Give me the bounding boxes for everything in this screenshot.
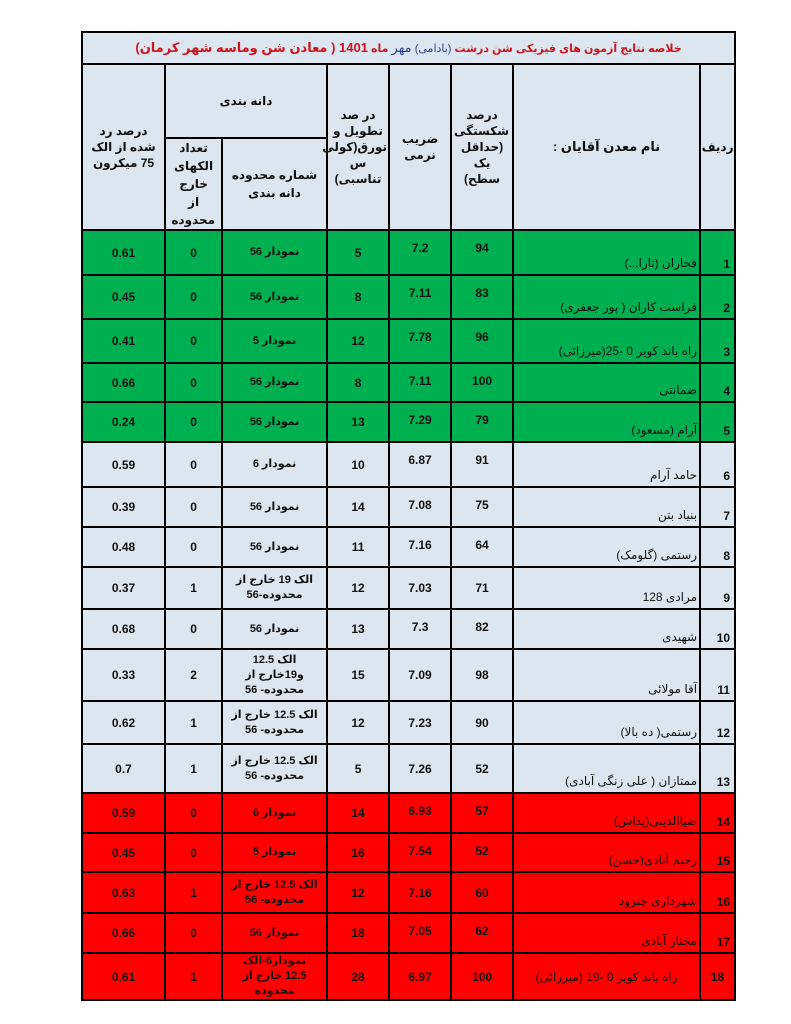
table-row: 17مختار آبادی627.0518نمودار 5600.66 bbox=[82, 913, 735, 953]
grading-range: نمودار6-الک 12.5 خارج از محدوده bbox=[222, 953, 327, 1000]
table-row: 3راه باند کویر 0 -25(میرزائی)967.7812نمو… bbox=[82, 319, 735, 363]
table-row: 9مرادی 128717.0312الک 19 خارج از محدوده-… bbox=[82, 567, 735, 609]
fracture-pct: 82 bbox=[451, 609, 513, 649]
header-row-no: ردیف bbox=[700, 64, 735, 230]
sieves-out-count: 1 bbox=[165, 953, 222, 1000]
grading-range: الک 12.5 و19خارج از محدوده- 56 bbox=[222, 649, 327, 701]
elongation-pct: 13 bbox=[327, 609, 389, 649]
fracture-pct: 52 bbox=[451, 744, 513, 793]
fracture-pct: 75 bbox=[451, 487, 513, 527]
softness: 7.16 bbox=[389, 872, 451, 913]
mine-name: مختار آبادی bbox=[513, 913, 700, 953]
results-sheet: خلاصه نتایج آزمون های فیزیکی شن درشت (با… bbox=[81, 31, 734, 1001]
reject-75-pct: 0.7 bbox=[82, 744, 165, 793]
grading-range: الک 12.5 خارج از محدوده- 56 bbox=[222, 701, 327, 744]
table-row: 5آرام (مسعود)797.2913نمودار 5600.24 bbox=[82, 402, 735, 442]
sieves-out-count: 0 bbox=[165, 793, 222, 833]
row-number: 5 bbox=[700, 402, 735, 442]
grading-range: نمودار 5 bbox=[222, 319, 327, 363]
grading-range: نمودار 56 bbox=[222, 609, 327, 649]
softness: 7.26 bbox=[389, 744, 451, 793]
sieves-out-count: 0 bbox=[165, 442, 222, 487]
header-elongation-flakiness: در صد تطویل و تورق(کولی س تناسبی) bbox=[327, 64, 389, 230]
sieves-out-count: 0 bbox=[165, 363, 222, 402]
row-number: 4 bbox=[700, 363, 735, 402]
sieves-out-count: 1 bbox=[165, 567, 222, 609]
sieves-out-count: 0 bbox=[165, 609, 222, 649]
header-grading-range: شماره محدوده دانه بندی bbox=[222, 138, 327, 230]
row-number: 7 bbox=[700, 487, 735, 527]
results-table: خلاصه نتایج آزمون های فیزیکی شن درشت (با… bbox=[81, 31, 736, 1001]
mine-name: رحیم آبادی(حسن) bbox=[513, 833, 700, 872]
grading-range: نمودار 56 bbox=[222, 487, 327, 527]
softness: 6.97 bbox=[389, 953, 451, 1000]
sieves-out-count: 0 bbox=[165, 230, 222, 275]
grading-range: نمودار 56 bbox=[222, 275, 327, 319]
grading-range: نمودار 6 bbox=[222, 793, 327, 833]
mine-name: رستمی( ده بالا) bbox=[513, 701, 700, 744]
softness: 7.08 bbox=[389, 487, 451, 527]
reject-75-pct: 0.63 bbox=[82, 872, 165, 913]
fracture-pct: 64 bbox=[451, 527, 513, 567]
sieves-out-count: 0 bbox=[165, 833, 222, 872]
row-number: 12 bbox=[700, 701, 735, 744]
reject-75-pct: 0.41 bbox=[82, 319, 165, 363]
reject-75-pct: 0.45 bbox=[82, 275, 165, 319]
mine-name: راه باند کویر 0 -25(میرزائی) bbox=[513, 319, 700, 363]
sieves-out-count: 2 bbox=[165, 649, 222, 701]
grading-range: نمودار 6 bbox=[222, 442, 327, 487]
table-row: 16شهرداری چترود607.1612الک 12.5 خارج از … bbox=[82, 872, 735, 913]
fracture-pct: 100 bbox=[451, 953, 513, 1000]
sieves-out-count: 0 bbox=[165, 402, 222, 442]
elongation-pct: 12 bbox=[327, 319, 389, 363]
reject-75-pct: 0.37 bbox=[82, 567, 165, 609]
softness: 7.11 bbox=[389, 275, 451, 319]
elongation-pct: 5 bbox=[327, 744, 389, 793]
mine-name: فخاران (ثارا...) bbox=[513, 230, 700, 275]
softness: 7.11 bbox=[389, 363, 451, 402]
elongation-pct: 13 bbox=[327, 402, 389, 442]
fracture-pct: 98 bbox=[451, 649, 513, 701]
mine-name: آقا مولائی bbox=[513, 649, 700, 701]
elongation-pct: 8 bbox=[327, 363, 389, 402]
elongation-pct: 12 bbox=[327, 701, 389, 744]
row-number: 1 bbox=[700, 230, 735, 275]
reject-75-pct: 0.24 bbox=[82, 402, 165, 442]
header-fracture-pct: درصد شکستگی (حداقل یک سطح) bbox=[451, 64, 513, 230]
reject-75-pct: 0.59 bbox=[82, 442, 165, 487]
grading-range: نمودار 56 bbox=[222, 230, 327, 275]
mine-name: ضمانتی bbox=[513, 363, 700, 402]
row-number: 13 bbox=[700, 744, 735, 793]
softness: 6.93 bbox=[389, 793, 451, 833]
softness: 7.3 bbox=[389, 609, 451, 649]
softness: 7.09 bbox=[389, 649, 451, 701]
reject-75-pct: 0.33 bbox=[82, 649, 165, 701]
elongation-pct: 12 bbox=[327, 872, 389, 913]
fracture-pct: 79 bbox=[451, 402, 513, 442]
mine-name: ضیاالدینی(پداش) bbox=[513, 793, 700, 833]
mine-name: آرام (مسعود) bbox=[513, 402, 700, 442]
table-row: 18راه باند کویر 0 -19 (میرزائی)1006.9728… bbox=[82, 953, 735, 1000]
sieves-out-count: 0 bbox=[165, 487, 222, 527]
row-number: 14 bbox=[700, 793, 735, 833]
mine-name: شهرداری چترود bbox=[513, 872, 700, 913]
row-number: 6 bbox=[700, 442, 735, 487]
title-part-5: 1401 ( معادن شن وماسه شهر کرمان) bbox=[135, 40, 368, 55]
fracture-pct: 60 bbox=[451, 872, 513, 913]
table-row: 10شهیدی827.313نمودار 5600.68 bbox=[82, 609, 735, 649]
fracture-pct: 90 bbox=[451, 701, 513, 744]
mine-name: راه باند کویر 0 -19 (میرزائی) bbox=[513, 953, 700, 1000]
table-row: 12رستمی( ده بالا)907.2312الک 12.5 خارج ا… bbox=[82, 701, 735, 744]
row-number: 3 bbox=[700, 319, 735, 363]
mine-name: حامد آرام bbox=[513, 442, 700, 487]
table-row: 4ضمانتی1007.118نمودار 5600.66 bbox=[82, 363, 735, 402]
grading-range: الک 12.5 خارج از محدوده- 56 bbox=[222, 744, 327, 793]
row-number: 16 bbox=[700, 872, 735, 913]
fracture-pct: 52 bbox=[451, 833, 513, 872]
header-softness: ضریب نرمی bbox=[389, 64, 451, 230]
elongation-pct: 14 bbox=[327, 793, 389, 833]
fracture-pct: 96 bbox=[451, 319, 513, 363]
softness: 7.78 bbox=[389, 319, 451, 363]
row-number: 17 bbox=[700, 913, 735, 953]
softness: 6.87 bbox=[389, 442, 451, 487]
grading-range: نمودار 56 bbox=[222, 913, 327, 953]
softness: 7.03 bbox=[389, 567, 451, 609]
fracture-pct: 83 bbox=[451, 275, 513, 319]
table-row: 11آقا مولائی987.0915الک 12.5 و19خارج از … bbox=[82, 649, 735, 701]
table-row: 8رستمی (گلومک)647.1611نمودار 5600.48 bbox=[82, 527, 735, 567]
row-number: 10 bbox=[700, 609, 735, 649]
reject-75-pct: 0.62 bbox=[82, 701, 165, 744]
elongation-pct: 28 bbox=[327, 953, 389, 1000]
softness: 7.2 bbox=[389, 230, 451, 275]
reject-75-pct: 0.61 bbox=[82, 953, 165, 1000]
grading-range: الک 19 خارج از محدوده-56 bbox=[222, 567, 327, 609]
title-part-4: ماه bbox=[371, 43, 388, 55]
grading-range: نمودار 56 bbox=[222, 402, 327, 442]
sieves-out-count: 1 bbox=[165, 744, 222, 793]
row-number: 11 bbox=[700, 649, 735, 701]
table-row: 1فخاران (ثارا...)947.25نمودار 5600.61 bbox=[82, 230, 735, 275]
reject-75-pct: 0.48 bbox=[82, 527, 165, 567]
fracture-pct: 71 bbox=[451, 567, 513, 609]
elongation-pct: 12 bbox=[327, 567, 389, 609]
fracture-pct: 62 bbox=[451, 913, 513, 953]
elongation-pct: 11 bbox=[327, 527, 389, 567]
table-row: 14ضیاالدینی(پداش)576.9314نمودار 600.59 bbox=[82, 793, 735, 833]
row-number: 9 bbox=[700, 567, 735, 609]
header-reject-75: درصد رد شده از الک 75 میکرون bbox=[82, 64, 165, 230]
table-body: 1فخاران (ثارا...)947.25نمودار 5600.612فر… bbox=[82, 230, 735, 1000]
elongation-pct: 10 bbox=[327, 442, 389, 487]
sieves-out-count: 0 bbox=[165, 527, 222, 567]
table-row: 13ممتازان ( علی زنگی آبادی)527.265الک 12… bbox=[82, 744, 735, 793]
header-grading-group: دانه بندی bbox=[165, 64, 327, 138]
row-number: 2 bbox=[700, 275, 735, 319]
title-part-1: خلاصه نتایج آزمون های فیزیکی شن درشت bbox=[455, 43, 682, 55]
softness: 7.29 bbox=[389, 402, 451, 442]
grading-range: نمودار 56 bbox=[222, 527, 327, 567]
softness: 7.23 bbox=[389, 701, 451, 744]
table-row: 15رحیم آبادی(حسن)527.5416نمودار 500.45 bbox=[82, 833, 735, 872]
header-mine-name: نام معدن آقایان : bbox=[513, 64, 700, 230]
reject-75-pct: 0.66 bbox=[82, 363, 165, 402]
fracture-pct: 94 bbox=[451, 230, 513, 275]
sieves-out-count: 1 bbox=[165, 872, 222, 913]
fracture-pct: 100 bbox=[451, 363, 513, 402]
row-number: 18 bbox=[700, 953, 735, 1000]
title-part-3: مهر bbox=[392, 40, 412, 55]
reject-75-pct: 0.39 bbox=[82, 487, 165, 527]
reject-75-pct: 0.68 bbox=[82, 609, 165, 649]
reject-75-pct: 0.45 bbox=[82, 833, 165, 872]
softness: 7.54 bbox=[389, 833, 451, 872]
grading-range: نمودار 56 bbox=[222, 363, 327, 402]
elongation-pct: 8 bbox=[327, 275, 389, 319]
elongation-pct: 16 bbox=[327, 833, 389, 872]
softness: 7.05 bbox=[389, 913, 451, 953]
grading-range: الک 12.5 خارج از محدوده- 56 bbox=[222, 872, 327, 913]
fracture-pct: 91 bbox=[451, 442, 513, 487]
reject-75-pct: 0.61 bbox=[82, 230, 165, 275]
elongation-pct: 18 bbox=[327, 913, 389, 953]
mine-name: بنیاد بتن bbox=[513, 487, 700, 527]
title-part-2: (بادامی) bbox=[415, 43, 452, 55]
table-title: خلاصه نتایج آزمون های فیزیکی شن درشت (با… bbox=[82, 32, 735, 64]
grading-range: نمودار 5 bbox=[222, 833, 327, 872]
header-sieves-out: تعداد الکهای خارج از محدوده bbox=[165, 138, 222, 230]
sieves-out-count: 0 bbox=[165, 319, 222, 363]
elongation-pct: 15 bbox=[327, 649, 389, 701]
fracture-pct: 57 bbox=[451, 793, 513, 833]
mine-name: رستمی (گلومک) bbox=[513, 527, 700, 567]
reject-75-pct: 0.59 bbox=[82, 793, 165, 833]
softness: 7.16 bbox=[389, 527, 451, 567]
mine-name: فراست کاران ( پور جعفری) bbox=[513, 275, 700, 319]
sieves-out-count: 0 bbox=[165, 913, 222, 953]
elongation-pct: 14 bbox=[327, 487, 389, 527]
sieves-out-count: 0 bbox=[165, 275, 222, 319]
reject-75-pct: 0.66 bbox=[82, 913, 165, 953]
elongation-pct: 5 bbox=[327, 230, 389, 275]
table-row: 6حامد آرام916.8710نمودار 600.59 bbox=[82, 442, 735, 487]
mine-name: ممتازان ( علی زنگی آبادی) bbox=[513, 744, 700, 793]
mine-name: مرادی 128 bbox=[513, 567, 700, 609]
row-number: 8 bbox=[700, 527, 735, 567]
table-row: 2فراست کاران ( پور جعفری)837.118نمودار 5… bbox=[82, 275, 735, 319]
table-row: 7بنیاد بتن757.0814نمودار 5600.39 bbox=[82, 487, 735, 527]
sieves-out-count: 1 bbox=[165, 701, 222, 744]
row-number: 15 bbox=[700, 833, 735, 872]
mine-name: شهیدی bbox=[513, 609, 700, 649]
